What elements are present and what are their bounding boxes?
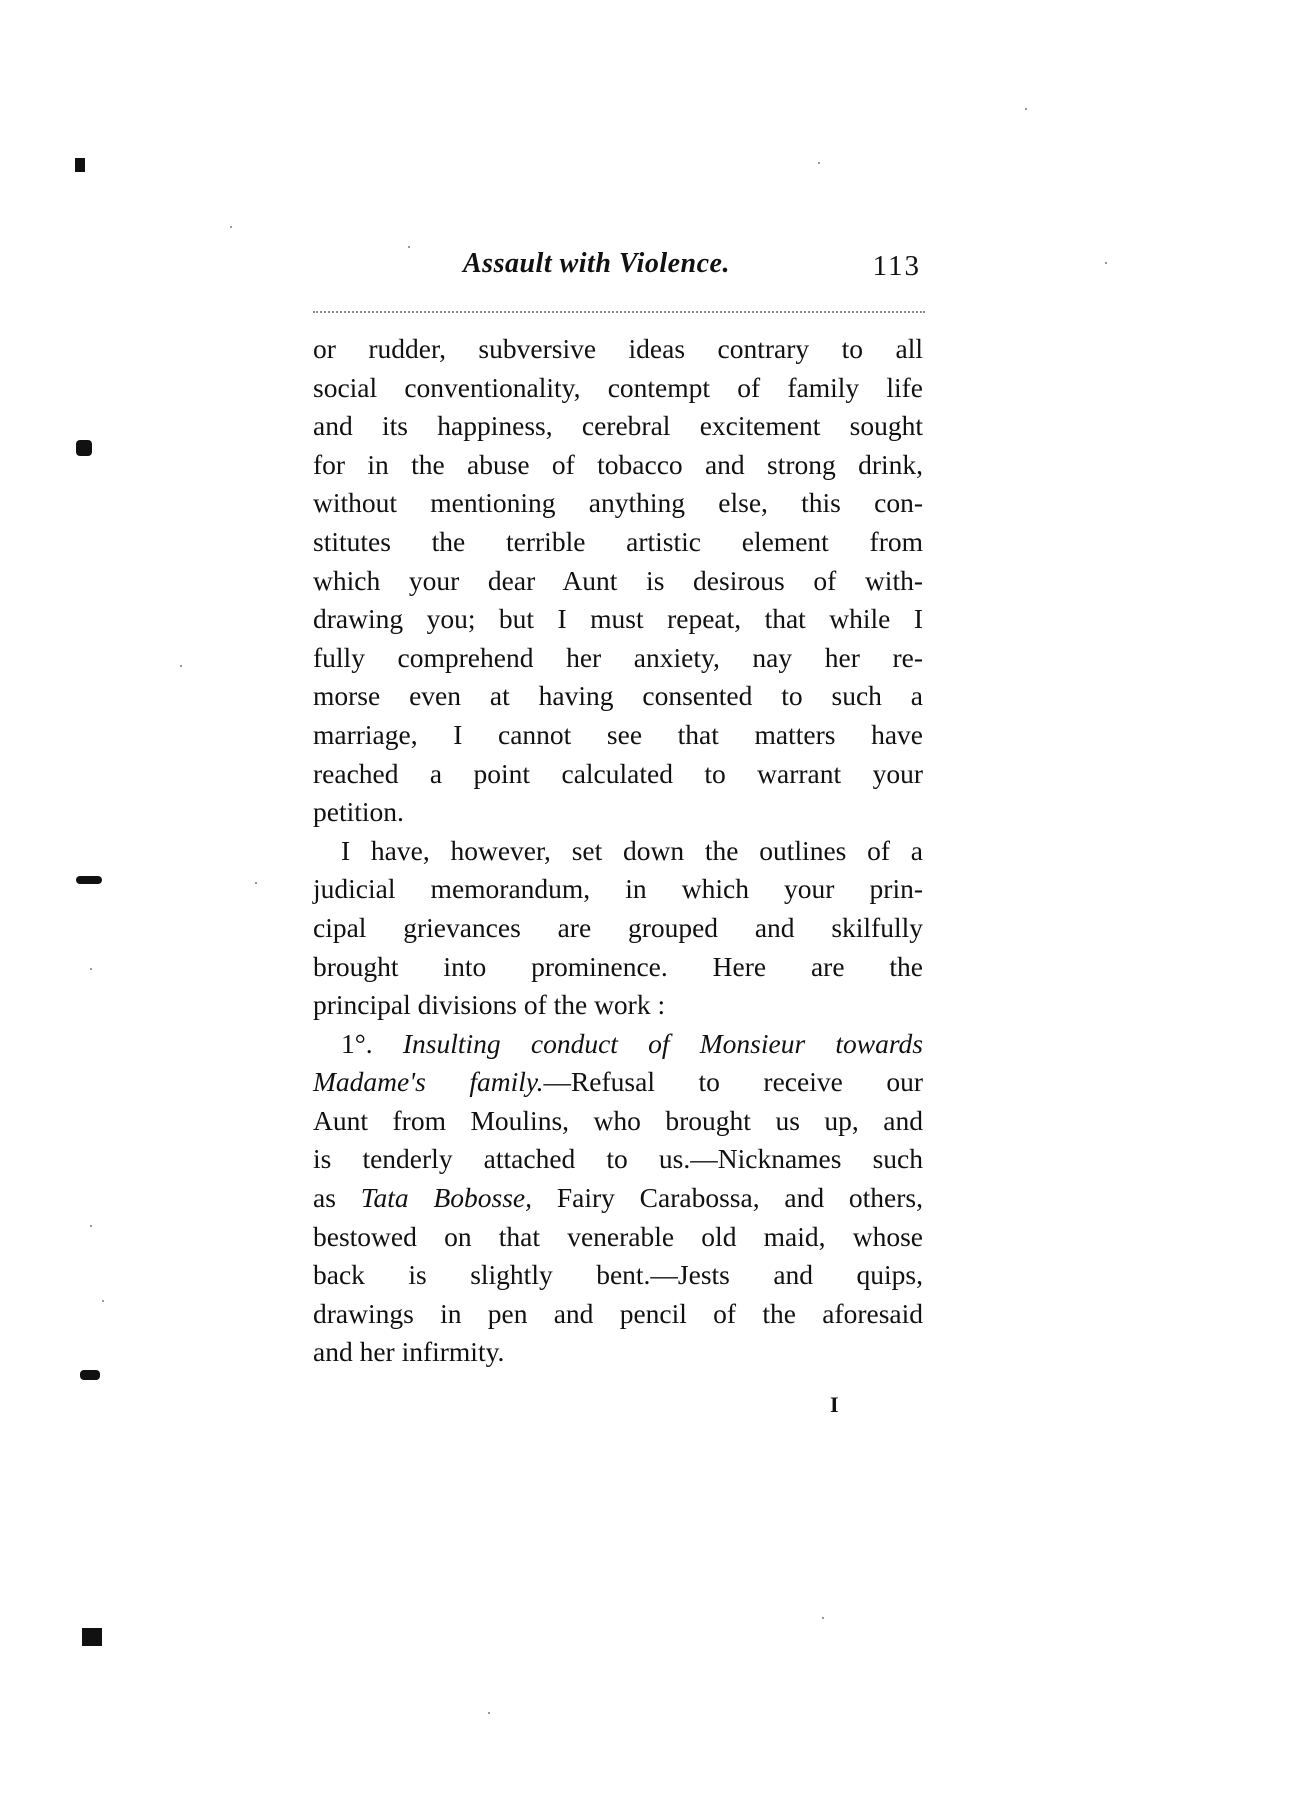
scan-dot <box>90 968 92 970</box>
text-line: as Tata Bobosse, Fairy Carabossa, and ot… <box>313 1179 923 1218</box>
text-line: brought into prominence. Here are the <box>313 948 923 987</box>
text-line: I have, however, set down the outlines o… <box>313 832 923 871</box>
text-line: which your dear Aunt is desirous of with… <box>313 562 923 601</box>
scan-dot <box>102 1300 104 1302</box>
nickname: Tata Bobosse, <box>361 1182 532 1213</box>
text-line: is tenderly attached to us.—Nicknames su… <box>313 1140 923 1179</box>
item-heading-cont: Madame's family. <box>313 1066 543 1097</box>
running-title: Assault with Violence. <box>463 248 730 280</box>
text-line: marriage, I cannot see that matters have <box>313 716 923 755</box>
text-line: fully comprehend her anxiety, nay her re… <box>313 639 923 678</box>
scan-dot <box>488 1712 490 1714</box>
text-line: drawings in pen and pencil of the afores… <box>313 1295 923 1334</box>
text-line: for in the abuse of tobacco and strong d… <box>313 446 923 485</box>
text-line: social conventionality, contempt of fami… <box>313 369 923 408</box>
book-page: Assault with Violence. 113 or rudder, su… <box>0 0 1315 1814</box>
item-number: 1°. <box>341 1028 373 1059</box>
scan-dot <box>408 246 410 248</box>
running-head: Assault with Violence. 113 <box>313 248 925 292</box>
text-line: and her infirmity. <box>313 1333 923 1372</box>
text-line: stitutes the terrible artistic element f… <box>313 523 923 562</box>
scan-speck <box>80 1370 100 1380</box>
text-line: drawing you; but I must repeat, that whi… <box>313 600 923 639</box>
scan-speck <box>76 440 92 456</box>
scan-dot <box>822 1617 824 1619</box>
text-line: or rudder, subversive ideas contrary to … <box>313 330 923 369</box>
scan-dot <box>255 882 257 884</box>
text-line: judicial memorandum, in which your prin- <box>313 870 923 909</box>
header-rule <box>313 311 925 313</box>
text-line: principal divisions of the work : <box>313 986 923 1025</box>
text-line: reached a point calculated to warrant yo… <box>313 755 923 794</box>
scan-dot <box>230 226 232 228</box>
text-line: Aunt from Moulins, who brought us up, an… <box>313 1102 923 1141</box>
scan-speck <box>76 876 102 884</box>
text-line: and its happiness, cerebral excitement s… <box>313 407 923 446</box>
text-line: back is slightly bent.—Jests and quips, <box>313 1256 923 1295</box>
text-line: Madame's family.—Refusal to receive our <box>313 1063 923 1102</box>
item-heading: Insulting conduct of Monsieur towards <box>403 1028 923 1059</box>
text-line: cipal grievances are grouped and skilful… <box>313 909 923 948</box>
scan-dot <box>1025 108 1027 110</box>
scan-dot <box>1105 262 1107 264</box>
list-item-heading: 1°. Insulting conduct of Monsieur toward… <box>313 1025 923 1064</box>
scan-dot <box>180 665 182 667</box>
text-line: without mentioning anything else, this c… <box>313 484 923 523</box>
page-number: 113 <box>873 250 921 283</box>
scan-speck <box>82 1628 102 1646</box>
scan-speck <box>75 158 85 172</box>
scan-dot <box>818 162 820 164</box>
body-text: or rudder, subversive ideas contrary to … <box>313 330 923 1372</box>
text-line: petition. <box>313 793 923 832</box>
scan-dot <box>90 1225 92 1227</box>
text-line: morse even at having consented to such a <box>313 677 923 716</box>
signature-mark: I <box>830 1392 839 1418</box>
text-line: bestowed on that venerable old maid, who… <box>313 1218 923 1257</box>
